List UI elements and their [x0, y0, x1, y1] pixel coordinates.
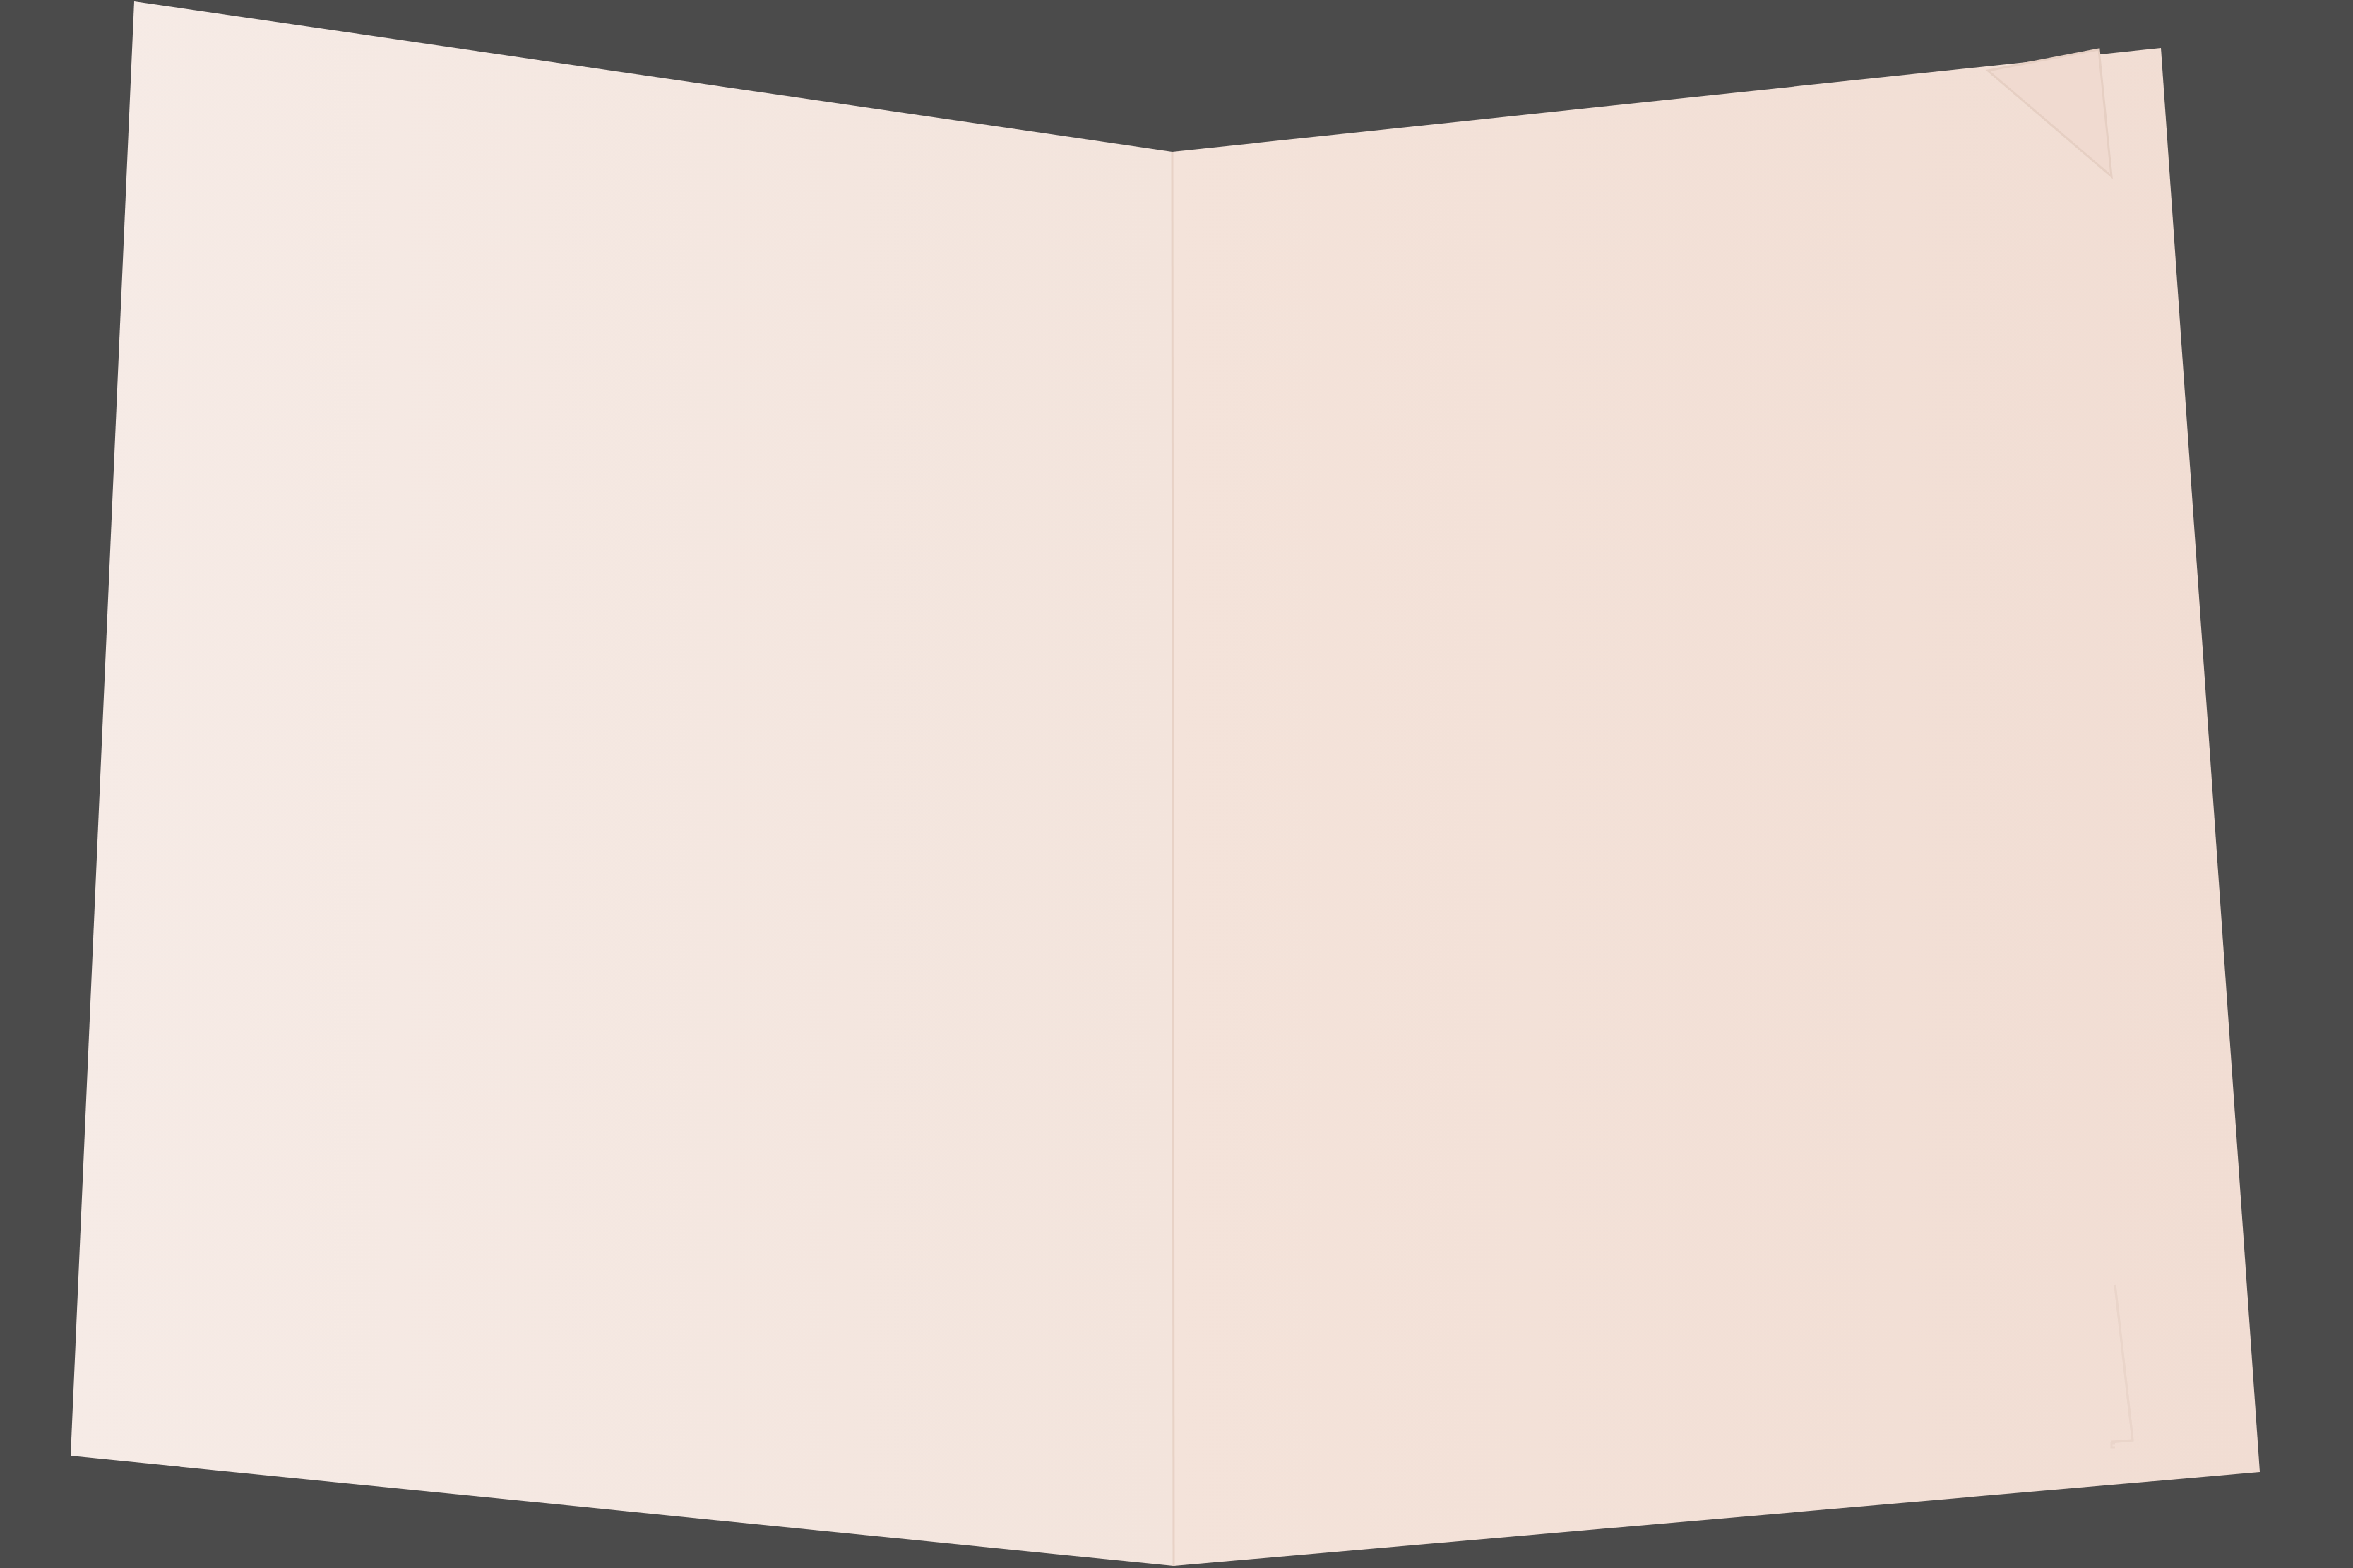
photo-scene	[0, 0, 2353, 1568]
folder-fold	[1172, 152, 1174, 1566]
folder-right-panel	[1172, 48, 2260, 1566]
folder-left-panel	[71, 1, 1174, 1566]
